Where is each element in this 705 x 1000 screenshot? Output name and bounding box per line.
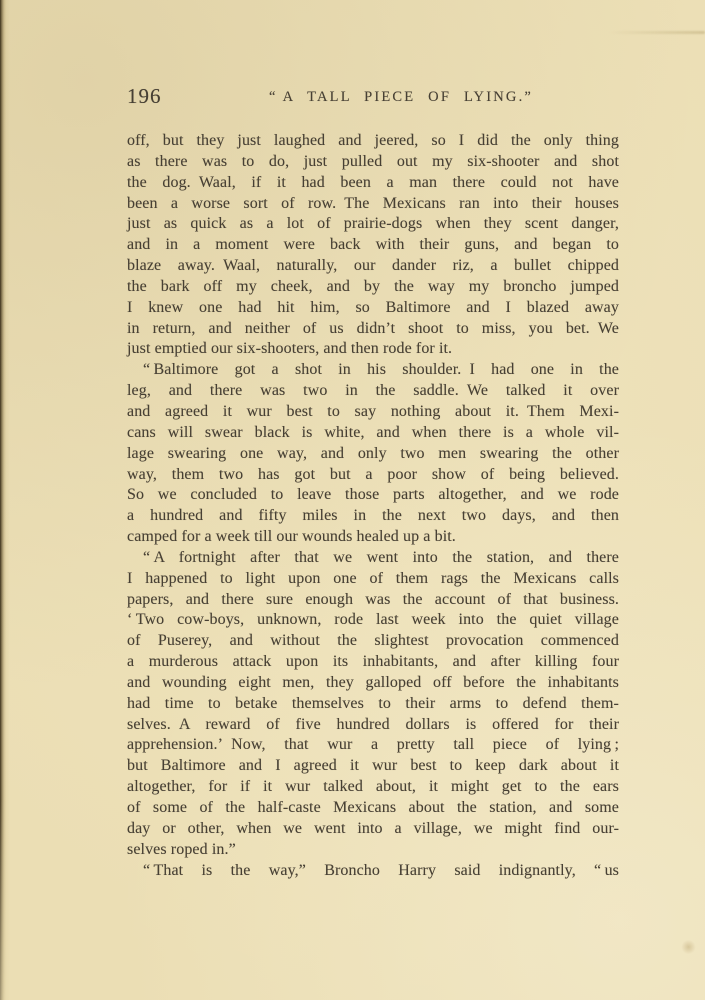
text-line: lage swearing one way, and only two men … [127,444,619,465]
text-block: off, but they just laughed and jeered, s… [127,131,619,881]
text-line: the dog. Waal, if it had been a man ther… [127,173,619,194]
book-page: 196 “ A TALL PIECE OF LYING.” off, but t… [0,0,705,1000]
paper-stain [681,940,696,954]
paper-crease [609,31,705,34]
page-binding-edge-shadow [0,0,10,1000]
text-line: “ That is the way,” Broncho Harry said i… [127,861,619,882]
text-line: ‘ Two cow-boys, unknown, rode last week … [127,610,619,631]
text-line: altogether, for if it wur talked about, … [127,777,619,798]
text-line: as there was to do, just pulled out my s… [127,152,619,173]
text-line: just emptied our six-shooters, and then … [127,339,619,360]
text-line: apprehension.’ Now, that wur a pretty ta… [127,735,619,756]
text-line: off, but they just laughed and jeered, s… [127,131,619,152]
text-line: of some of the half-caste Mexicans about… [127,798,619,819]
text-line: and in a moment were back with their gun… [127,235,619,256]
text-line: cans will swear black is white, and when… [127,423,619,444]
page-content: 196 “ A TALL PIECE OF LYING.” off, but t… [127,88,619,110]
text-line: in return, and neither of us didn’t shoo… [127,319,619,340]
text-line: blaze away. Waal, naturally, our dander … [127,256,619,277]
text-line: I knew one had hit him, so Baltimore and… [127,298,619,319]
text-line: selves. A reward of five hundred dollars… [127,715,619,736]
text-line: a hundred and fifty miles in the next tw… [127,506,619,527]
text-line: papers, and there sure enough was the ac… [127,590,619,611]
text-line: selves roped in.” [127,840,619,861]
text-line: way, them two has got but a poor show of… [127,465,619,486]
text-line: had time to betake themselves to their a… [127,694,619,715]
text-line: just as quick as a lot of prairie-dogs w… [127,214,619,235]
text-line: been a worse sort of row. The Mexicans r… [127,194,619,215]
text-line: but Baltimore and I agreed it wur best t… [127,756,619,777]
page-header: 196 “ A TALL PIECE OF LYING.” [127,88,619,110]
text-line: I happened to light upon one of them rag… [127,569,619,590]
page-number: 196 [127,84,162,109]
text-line: a murderous attack upon its inhabitants,… [127,652,619,673]
text-line: “ A fortnight after that we went into th… [127,548,619,569]
text-line: “ Baltimore got a shot in his shoulder. … [127,360,619,381]
running-title: “ A TALL PIECE OF LYING.” [269,89,533,106]
text-line: of Puserey, and without the slightest pr… [127,631,619,652]
text-line: leg, and there was two in the saddle. We… [127,381,619,402]
text-line: and wounding eight men, they galloped of… [127,673,619,694]
text-line: the bark off my cheek, and by the way my… [127,277,619,298]
text-line: day or other, when we went into a villag… [127,819,619,840]
text-line: and agreed it wur best to say nothing ab… [127,402,619,423]
text-line: camped for a week till our wounds healed… [127,527,619,548]
text-line: So we concluded to leave those parts alt… [127,485,619,506]
